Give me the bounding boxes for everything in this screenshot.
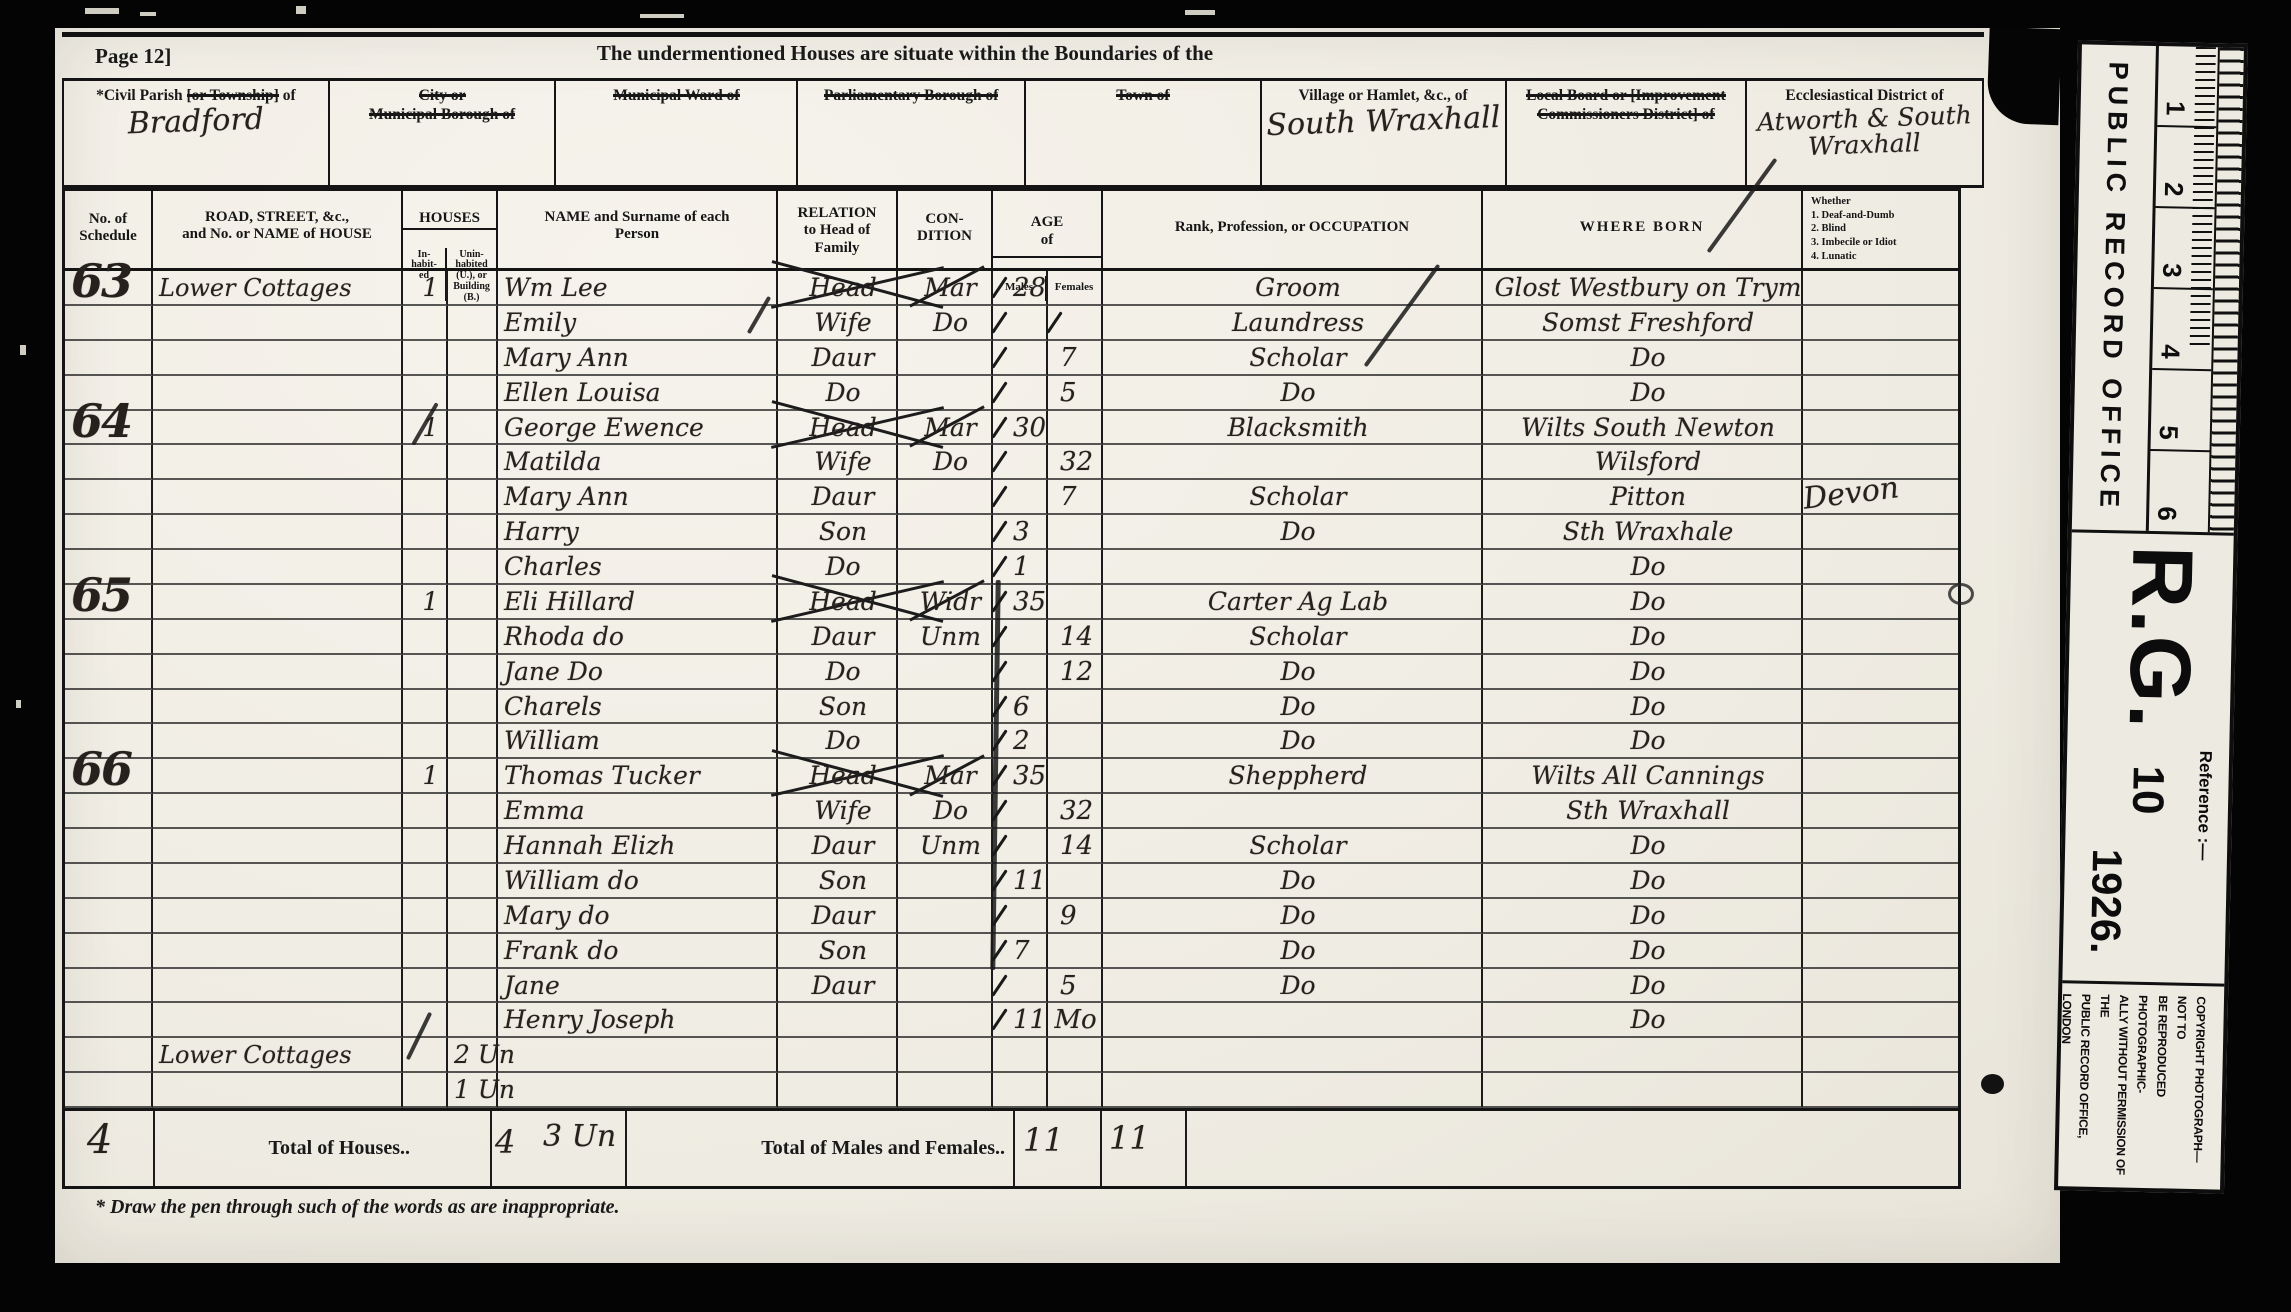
cell-schedule (65, 306, 153, 341)
cell-name: Frank do (498, 934, 778, 969)
cell-schedule (65, 620, 153, 655)
table-body: 63Lower Cottages1Wm LeeHeadMar28GroomGlo… (65, 271, 1958, 1108)
cell-schedule: 63 (65, 271, 153, 306)
cell-road (153, 864, 403, 899)
entry-rel: Wife (814, 796, 871, 826)
cell-born: Do (1483, 620, 1803, 655)
entry-rel: Daur (811, 901, 874, 931)
cell-cond (898, 969, 993, 1004)
cell-born: Somst Freshford (1483, 306, 1803, 341)
cell-rel (778, 1073, 898, 1108)
cell-road (153, 899, 403, 934)
tally-tick (991, 276, 1007, 298)
entry-occ: Groom (1255, 273, 1341, 303)
entry-cond: Mar (924, 413, 976, 443)
cell-occ (1103, 1003, 1483, 1038)
census-table: No. of Schedule ROAD, STREET, &c., and N… (62, 188, 1961, 1189)
cell-occ (1103, 794, 1483, 829)
entry-rel: Do (825, 657, 860, 687)
pro-strip-content: 123456 PUBLIC RECORD OFFICE R.G. Referen… (2054, 40, 2248, 1193)
cell-dis (1803, 306, 1958, 341)
cell-f (1048, 1038, 1103, 1073)
cell-road (153, 969, 403, 1004)
cell-born: Wilts All Cannings (1483, 759, 1803, 794)
cell-cond: Do (898, 445, 993, 480)
cell-occ: Scholar (1103, 829, 1483, 864)
cell-m (993, 620, 1048, 655)
cell-schedule (65, 1038, 153, 1073)
entry-cond: Widr (920, 587, 981, 617)
cell-m (993, 341, 1048, 376)
tally-tick (991, 381, 1007, 403)
cell-name: Thomas Tucker (498, 759, 778, 794)
cell-inh (403, 341, 448, 376)
scanned-census-page: Page 12] The undermentioned Houses are s… (0, 0, 2291, 1312)
cell-rel: Son (778, 864, 898, 899)
entry-born: Sth Wraxhall (1566, 796, 1730, 826)
district-box-label: Town of (1026, 86, 1260, 105)
cell-cond (898, 690, 993, 725)
entry-born: Do (1630, 657, 1665, 687)
cell-name: George Ewence (498, 411, 778, 446)
cell-inh: 1 (403, 759, 448, 794)
cell-m (993, 445, 1048, 480)
entry-rel: Head (809, 413, 877, 443)
cell-schedule: 64 (65, 411, 153, 446)
cell-rel: Wife (778, 306, 898, 341)
cell-f (1048, 690, 1103, 725)
cell-born: Sth Wraxhall (1483, 794, 1803, 829)
cell-rel: Son (778, 515, 898, 550)
cell-cond (898, 899, 993, 934)
cell-name (498, 1038, 778, 1073)
cell-schedule (65, 934, 153, 969)
ruler-number: 6 (2149, 451, 2210, 531)
cell-dis (1803, 934, 1958, 969)
cell-rel (778, 1038, 898, 1073)
cell-name: Jane (498, 969, 778, 1004)
cell-road (153, 655, 403, 690)
pro-reference-section: R.G. Reference :— 10 1926. (2062, 532, 2233, 987)
cell-name: Harry (498, 515, 778, 550)
entry-schedule: 64 (71, 399, 131, 443)
cell-uninh (448, 620, 498, 655)
cell-uninh: 2 Un (448, 1038, 498, 1073)
cell-dis (1803, 690, 1958, 725)
entry-f: 14 (1060, 831, 1093, 861)
form-title: The undermentioned Houses are situate wi… (55, 41, 1755, 66)
entry-rel: Wife (814, 447, 871, 477)
cell-rel: Daur (778, 341, 898, 376)
totals-persons-label: Total of Males and Females.. (625, 1137, 1005, 1160)
cell-rel: Daur (778, 829, 898, 864)
film-edge-mark (16, 700, 21, 708)
cell-m: 7 (993, 934, 1048, 969)
entry-road: Lower Cottages (159, 1040, 352, 1070)
cell-dis (1803, 620, 1958, 655)
cell-born: Wilsford (1483, 445, 1803, 480)
entry-name: Mary do (504, 901, 610, 931)
cell-cond: Mar (898, 759, 993, 794)
ink-blot (1981, 1074, 2004, 1094)
entry-born: Do (1630, 378, 1665, 408)
cell-name: Mary Ann (498, 341, 778, 376)
totals-females: 11 (1109, 1119, 1150, 1157)
cell-road (153, 934, 403, 969)
cell-f: 32 (1048, 445, 1103, 480)
cell-rel: Wife (778, 794, 898, 829)
cell-rel: Head (778, 271, 898, 306)
cell-occ: Do (1103, 515, 1483, 550)
reference-label: Reference :— (2193, 751, 2215, 861)
cell-m (993, 829, 1048, 864)
tally-tick (991, 555, 1007, 577)
cell-born: Sth Wraxhale (1483, 515, 1803, 550)
cell-road (153, 690, 403, 725)
cell-cond (898, 515, 993, 550)
entry-m: 2 (1013, 726, 1030, 756)
cell-inh (403, 445, 448, 480)
cell-uninh (448, 271, 498, 306)
cell-inh (403, 376, 448, 411)
tally-tick (991, 311, 1007, 333)
entry-m: 35 (1013, 761, 1046, 791)
entry-occ: Do (1280, 726, 1315, 756)
cell-uninh (448, 655, 498, 690)
col-header-age-label: AGE of (993, 208, 1101, 258)
entry-f: 5 (1060, 378, 1077, 408)
cell-dis (1803, 585, 1958, 620)
entry-rel: Son (819, 866, 867, 896)
copyright-notice: COPYRIGHT PHOTOGRAPH—NOT TO BE REPRODUCE… (2058, 983, 2224, 1189)
cell-inh (403, 829, 448, 864)
col-header-condition: CON- DITION (898, 191, 993, 268)
cell-uninh (448, 724, 498, 759)
cell-born: Do (1483, 969, 1803, 1004)
cell-uninh (448, 480, 498, 515)
entry-name: Charels (504, 692, 602, 722)
film-edge-mark (85, 8, 119, 14)
cell-road (153, 1073, 403, 1108)
cell-m (993, 655, 1048, 690)
cell-rel: Daur (778, 899, 898, 934)
totals-divider (153, 1111, 155, 1186)
cell-name: Hannah Elizh (498, 829, 778, 864)
cell-occ: Blacksmith (1103, 411, 1483, 446)
cell-rel: Do (778, 724, 898, 759)
pro-office-label: PUBLIC RECORD OFFICE (2072, 44, 2156, 530)
cell-m: 28 (993, 271, 1048, 306)
totals-divider (1185, 1111, 1187, 1186)
district-box: Parliamentary Borough of (798, 81, 1026, 185)
entry-m: 28 (1013, 273, 1046, 303)
entry-f: 5 (1060, 971, 1077, 1001)
cell-uninh (448, 794, 498, 829)
tally-tick (991, 451, 1007, 473)
col-header-name: NAME and Surname of each Person (498, 191, 778, 268)
entry-rel: Do (825, 552, 860, 582)
entry-born: Do (1630, 552, 1665, 582)
totals-houses-label: Total of Houses.. (160, 1137, 410, 1160)
film-edge-mark (140, 12, 156, 16)
entry-road: Lower Cottages (159, 273, 352, 303)
cell-inh (403, 969, 448, 1004)
cell-m: 35 (993, 759, 1048, 794)
cell-occ: Do (1103, 864, 1483, 899)
cell-schedule (65, 829, 153, 864)
cell-m: 1 (993, 550, 1048, 585)
tally-tick (991, 1009, 1007, 1031)
cell-cond (898, 655, 993, 690)
entry-name: Emily (504, 308, 576, 338)
cell-name: William do (498, 864, 778, 899)
entry-m: 7 (1013, 936, 1030, 966)
cell-uninh (448, 899, 498, 934)
ruler-number: 5 (2150, 370, 2211, 452)
entry-occ: Carter Ag Lab (1208, 587, 1388, 617)
cell-uninh: 1 Un (448, 1073, 498, 1108)
entry-occ: Do (1280, 971, 1315, 1001)
cell-f: 7 (1048, 341, 1103, 376)
cell-rel: Wife (778, 445, 898, 480)
cell-inh (403, 306, 448, 341)
cell-schedule (65, 899, 153, 934)
cell-m: 6 (993, 690, 1048, 725)
totals-divider (1013, 1111, 1015, 1186)
district-box-label: Parliamentary Borough of (798, 86, 1024, 105)
cell-cond: Do (898, 794, 993, 829)
cell-f (1048, 864, 1103, 899)
cell-schedule (65, 515, 153, 550)
cell-uninh (448, 550, 498, 585)
entry-name: Eli Hillard (504, 587, 635, 617)
cell-rel: Do (778, 376, 898, 411)
entry-rel: Daur (811, 831, 874, 861)
entry-name: Jane (504, 971, 560, 1001)
district-box-label: Local Board or [Improvement (1507, 86, 1746, 105)
cell-inh: 1 (403, 271, 448, 306)
cell-uninh (448, 341, 498, 376)
entry-cond: Mar (924, 273, 976, 303)
cell-road (153, 515, 403, 550)
entry-name: Ellen Louisa (504, 378, 661, 408)
cell-name: Rhoda do (498, 620, 778, 655)
entry-born: Do (1630, 866, 1665, 896)
cell-rel (778, 1003, 898, 1038)
cell-name: Emily (498, 306, 778, 341)
district-box-label: City or (330, 86, 555, 105)
cell-uninh (448, 445, 498, 480)
cell-rel: Do (778, 655, 898, 690)
entry-name: Emma (504, 796, 585, 826)
entry-born: Do (1630, 1005, 1665, 1035)
col-header-age: AGE of Males Females (993, 191, 1103, 268)
cell-m (993, 306, 1048, 341)
cell-born: Pitton (1483, 480, 1803, 515)
entry-name: Frank do (504, 936, 618, 966)
entry-name: Hannah Elizh (504, 831, 675, 861)
cell-road (153, 411, 403, 446)
cell-dis (1803, 341, 1958, 376)
entry-born: Pitton (1610, 482, 1686, 512)
entry-schedule: 65 (71, 573, 131, 617)
entry-f: 9 (1060, 901, 1077, 931)
entry-inh: 1 (423, 761, 439, 791)
cell-occ: Do (1103, 376, 1483, 411)
cell-uninh (448, 864, 498, 899)
district-box: Ecclesiastical District ofAtworth & Sout… (1747, 81, 1984, 185)
cell-uninh (448, 934, 498, 969)
cell-uninh (448, 759, 498, 794)
cell-road: Lower Cottages (153, 1038, 403, 1073)
cell-f: 5 (1048, 969, 1103, 1004)
cell-schedule (65, 480, 153, 515)
entry-inh: 1 (423, 587, 439, 617)
cell-cond: Mar (898, 271, 993, 306)
entry-born: Do (1630, 692, 1665, 722)
cell-f (1048, 724, 1103, 759)
cell-uninh (448, 1003, 498, 1038)
entry-occ: Blacksmith (1227, 413, 1368, 443)
entry-m: 6 (1013, 692, 1030, 722)
cell-f: 14 (1048, 829, 1103, 864)
entry-born: Do (1630, 726, 1665, 756)
totals-schedule-count: 4 (87, 1117, 112, 1163)
cell-inh: 1 (403, 411, 448, 446)
entry-name: Matilda (504, 447, 601, 477)
entry-rel: Do (825, 378, 860, 408)
totals-divider (1100, 1111, 1102, 1186)
cell-uninh (448, 376, 498, 411)
cell-inh (403, 864, 448, 899)
district-box-label: Municipal Borough of (330, 105, 555, 124)
entry-born: Somst Freshford (1542, 308, 1754, 338)
entry-occ: Do (1280, 936, 1315, 966)
col-header-houses-label: HOUSES (403, 208, 496, 230)
cell-cond (898, 1038, 993, 1073)
cell-schedule (65, 690, 153, 725)
cell-f: 32 (1048, 794, 1103, 829)
entry-cond: Do (933, 796, 968, 826)
district-box-value: Bradford (64, 103, 329, 142)
entry-rel: Head (809, 273, 877, 303)
entry-f: 14 (1060, 622, 1093, 652)
entry-born: Sth Wraxhale (1563, 517, 1734, 547)
cell-road (153, 376, 403, 411)
form-top-rule (62, 32, 1984, 37)
cell-schedule (65, 1003, 153, 1038)
cell-occ: Do (1103, 655, 1483, 690)
cell-road (153, 620, 403, 655)
cell-born (1483, 1038, 1803, 1073)
entry-born: Do (1630, 622, 1665, 652)
cell-uninh (448, 829, 498, 864)
cell-uninh (448, 690, 498, 725)
entry-occ: Do (1280, 657, 1315, 687)
cell-dis (1803, 1073, 1958, 1108)
entry-occ: Do (1280, 866, 1315, 896)
cell-schedule (65, 655, 153, 690)
cell-rel: Daur (778, 480, 898, 515)
entry-occ: Do (1280, 378, 1315, 408)
cell-occ: Laundress (1103, 306, 1483, 341)
cell-f (1048, 934, 1103, 969)
cell-m: 30 (993, 411, 1048, 446)
entry-name: Thomas Tucker (504, 761, 700, 791)
cell-inh (403, 794, 448, 829)
cell-m (993, 969, 1048, 1004)
cell-occ: Do (1103, 724, 1483, 759)
cell-road (153, 585, 403, 620)
cell-m (993, 1038, 1048, 1073)
entry-born: Wilsford (1595, 447, 1701, 477)
district-box-label: *Civil Parish [or Township] of (64, 86, 328, 105)
entry-m: 1 (1013, 552, 1030, 582)
cell-cond (898, 934, 993, 969)
col-header-where-born: WHERE BORN (1483, 191, 1803, 268)
cell-dis: Devon (1803, 480, 1958, 515)
entry-f: 12 (1060, 657, 1093, 687)
cell-m (993, 480, 1048, 515)
entry-name: George Ewence (504, 413, 704, 443)
cell-name: Jane Do (498, 655, 778, 690)
census-form-sheet: Page 12] The undermentioned Houses are s… (55, 28, 2060, 1263)
film-edge-mark (20, 345, 26, 355)
district-box-label: Commissioners District] of (1507, 105, 1746, 124)
cell-schedule: 66 (65, 759, 153, 794)
cell-inh (403, 690, 448, 725)
entry-rel: Wife (814, 308, 871, 338)
cell-uninh (448, 585, 498, 620)
district-header-boxes: *Civil Parish [or Township] ofBradfordCi… (62, 78, 1984, 188)
cell-occ: Do (1103, 934, 1483, 969)
cell-rel: Son (778, 934, 898, 969)
cell-inh (403, 620, 448, 655)
entry-occ: Laundress (1232, 308, 1364, 338)
cell-dis (1803, 376, 1958, 411)
cell-occ: Groom (1103, 271, 1483, 306)
cell-uninh (448, 969, 498, 1004)
cell-cond (898, 341, 993, 376)
entry-rel: Daur (811, 482, 874, 512)
entry-name: Jane Do (504, 657, 603, 687)
entry-born: Wilts South Newton (1521, 413, 1775, 443)
cell-dis (1803, 411, 1958, 446)
cell-born: Do (1483, 899, 1803, 934)
cell-inh (403, 724, 448, 759)
cell-uninh (448, 306, 498, 341)
entry-cond: Do (933, 447, 968, 477)
cell-rel: Head (778, 759, 898, 794)
entry-rel: Head (809, 761, 877, 791)
entry-cond: Unm (920, 622, 981, 652)
entry-rel: Daur (811, 971, 874, 1001)
entry-occ: Sheppherd (1229, 761, 1368, 791)
tally-tick (991, 346, 1007, 368)
entry-rel: Do (825, 726, 860, 756)
cell-born: Do (1483, 655, 1803, 690)
cell-dis (1803, 724, 1958, 759)
entry-schedule: 66 (71, 747, 131, 791)
cell-road (153, 794, 403, 829)
cell-occ: Sheppherd (1103, 759, 1483, 794)
cell-name (498, 1073, 778, 1108)
cell-occ (1103, 550, 1483, 585)
cell-m: 3 (993, 515, 1048, 550)
cell-occ: Do (1103, 899, 1483, 934)
cell-inh (403, 515, 448, 550)
cell-occ: Do (1103, 690, 1483, 725)
